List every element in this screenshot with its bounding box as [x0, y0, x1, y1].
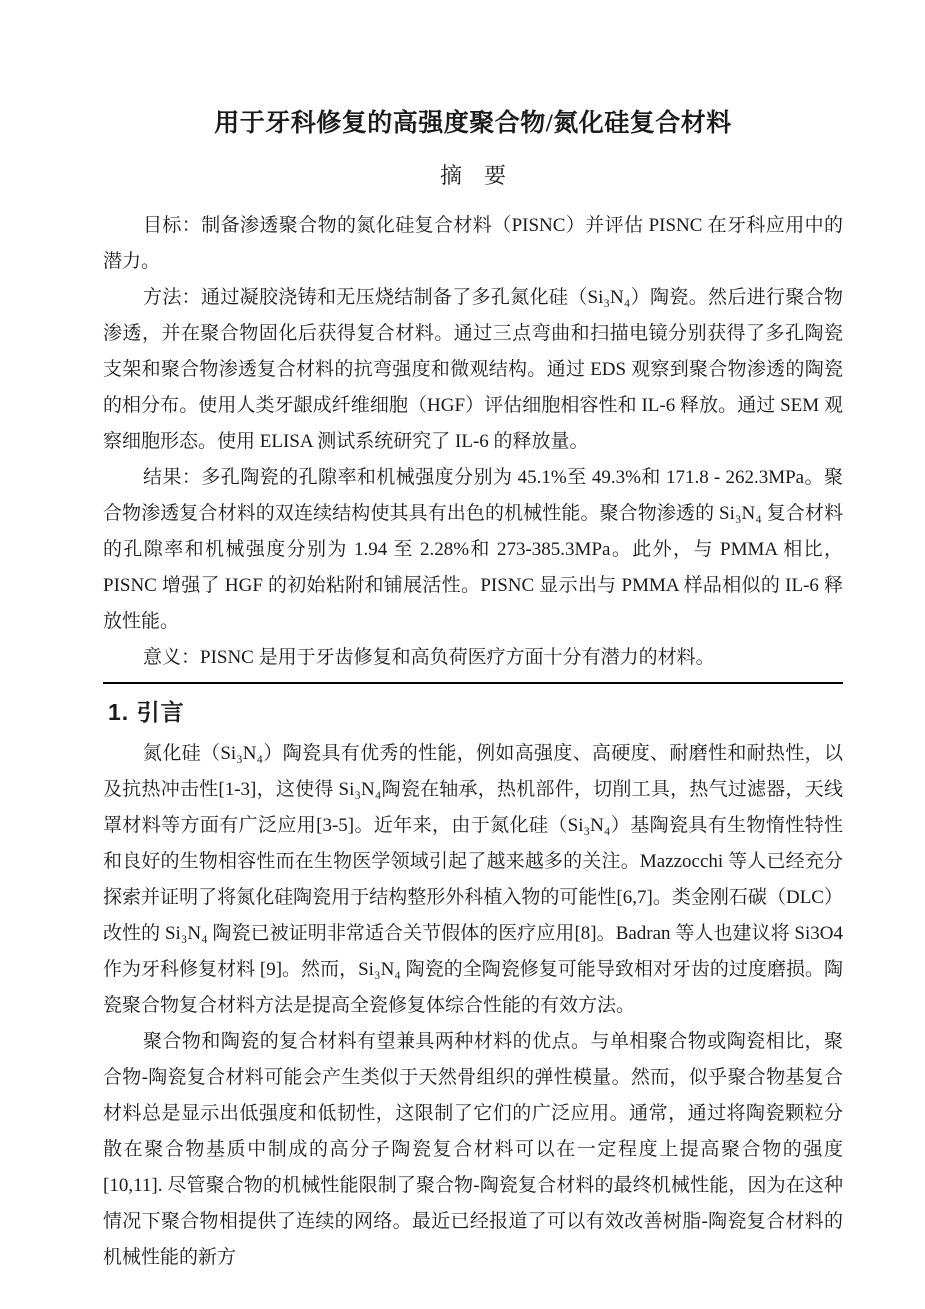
introduction-paragraph-2: 聚合物和陶瓷的复合材料有望兼具两种材料的优点。与单相聚合物或陶瓷相比，聚合物-陶…: [103, 1024, 843, 1276]
section-heading-introduction: 1. 引言: [103, 694, 843, 730]
abstract-heading: 摘 要: [103, 158, 843, 194]
abstract-significance-paragraph: 意义：PISNC 是用于牙齿修复和高负荷医疗方面十分有潜力的材料。: [103, 640, 843, 676]
introduction-paragraph-1: 氮化硅（Si₃N₄）陶瓷具有优秀的性能，例如高强度、高硬度、耐磨性和耐热性，以及…: [103, 736, 843, 1024]
document-page: 用于牙科修复的高强度聚合物/氮化硅复合材料 摘 要 目标：制备渗透聚合物的氮化硅…: [0, 0, 925, 1309]
abstract-results-paragraph: 结果：多孔陶瓷的孔隙率和机械强度分别为 45.1%至 49.3%和 171.8 …: [103, 460, 843, 640]
abstract-methods-paragraph: 方法：通过凝胶浇铸和无压烧结制备了多孔氮化硅（Si₃N₄）陶瓷。然后进行聚合物渗…: [103, 280, 843, 460]
document-title: 用于牙科修复的高强度聚合物/氮化硅复合材料: [103, 104, 843, 144]
abstract-objective-paragraph: 目标：制备渗透聚合物的氮化硅复合材料（PISNC）并评估 PISNC 在牙科应用…: [103, 208, 843, 280]
section-divider-line: [103, 682, 843, 684]
page-content: 用于牙科修复的高强度聚合物/氮化硅复合材料 摘 要 目标：制备渗透聚合物的氮化硅…: [103, 104, 843, 1276]
